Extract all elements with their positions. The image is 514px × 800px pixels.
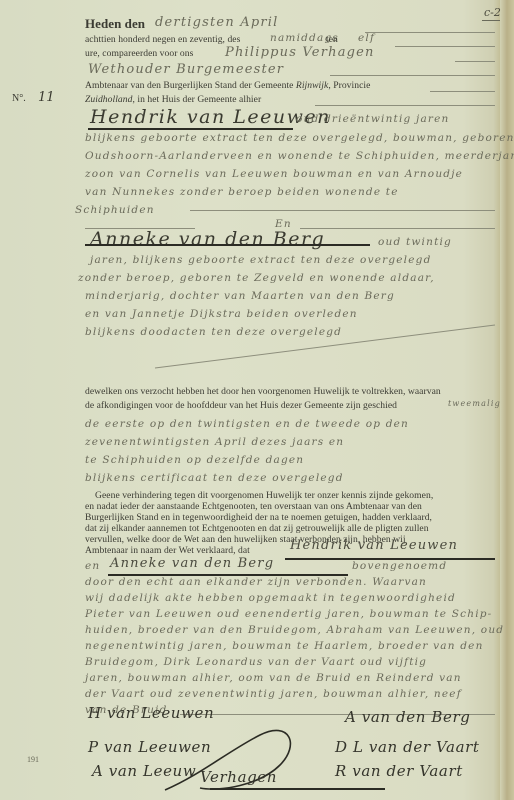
publication-line: zevenentwintigsten April dezes jaars en [85, 436, 344, 448]
publication-line: de eerste op den twintigsten en de tweed… [85, 418, 409, 430]
fill-rule [300, 228, 495, 229]
declaration-hand-line: door den echt aan elkander zijn verbonde… [85, 576, 427, 588]
publication-line: te Schiphuiden op dezelfde dagen [85, 454, 304, 466]
official-title: Wethouder Burgemeester [88, 62, 284, 77]
publication-line: blijkens certificaat ten deze overgelegd [85, 472, 344, 484]
signature-right: A van den Berg [345, 708, 470, 726]
request-line2: de afkondigingen voor de hoofddeur van h… [85, 400, 397, 412]
groom-line: van Nunnekes zonder beroep beiden wonend… [85, 186, 399, 198]
signature-right: R van der Vaart [335, 762, 463, 780]
preamble-line6: Zuidholland, in het Huis der Gemeente al… [85, 94, 261, 106]
act-number-label: N°. [12, 93, 26, 104]
fill-rule [395, 46, 495, 47]
municipality-label: Ambtenaar van den Burgerlijken Stand der… [85, 80, 293, 91]
declaration-en: en [85, 560, 100, 572]
preamble-line3: ure, compareerden voor ons [85, 48, 193, 60]
province: Zuidholland [85, 94, 132, 105]
declaration-hand-line: huiden, broeder van den Bruidegom, Abrah… [85, 624, 504, 636]
declaration-hand-line: jaren, bouwman alhier, oom van de Bruid … [85, 672, 462, 684]
fill-rule [455, 61, 495, 62]
groom-line: zoon van Cornelis van Leeuwen bouwman en… [85, 168, 463, 180]
fill-rule [365, 32, 495, 33]
bride-name: Anneke van den Berg [90, 228, 325, 250]
town-hall-text: , in het Huis der Gemeente alhier [132, 94, 261, 105]
groom-name: Hendrik van Leeuwen [90, 106, 331, 128]
bride-line: zonder beroep, geboren te Zegveld en won… [78, 272, 435, 284]
official-signature: Verhagen [200, 768, 277, 786]
request-hand-tail: tweemalig [448, 399, 501, 408]
groom-name-underline [88, 128, 293, 130]
preamble-line1: Heden den [85, 18, 145, 32]
act-number: 11 [38, 90, 55, 105]
province-label: , Provincie [328, 80, 370, 91]
fill-rule [315, 105, 495, 106]
fill-rule [190, 210, 495, 211]
groom-line: blijkens geboorte extract ten deze overg… [85, 132, 514, 144]
date-day-month: dertigsten April [155, 15, 278, 30]
declaration-hand-line: negenentwintig jaren, bouwman te Haarlem… [85, 640, 484, 652]
declaration-hand-tail: bovengenoemd [352, 560, 447, 572]
declaration-hand-line: Pieter van Leeuwen oud eenendertig jaren… [85, 608, 492, 620]
bride-name-underline [85, 244, 370, 246]
preamble-line2: achttien honderd negen en zeventig, des [85, 34, 240, 46]
declaration-bride-name: Anneke van den Berg [110, 556, 274, 571]
bride-line: en van Jannetje Dijkstra beiden overlede… [85, 308, 358, 320]
closing-flourish-line [150, 320, 500, 370]
fill-rule [430, 91, 495, 92]
request-line1: dewelken ons verzocht hebben het door he… [85, 386, 441, 398]
corner-mark: c-2 [484, 6, 501, 19]
official-signature-underline [210, 788, 385, 790]
preamble-line5: Ambtenaar van den Burgerlijken Stand der… [85, 80, 370, 92]
folio-number: 191 [27, 755, 39, 764]
year-text: achttien honderd negen en zeventig, des [85, 34, 240, 45]
declaration-hand-line: Bruidegom, Dirk Leonardus van der Vaart … [85, 656, 427, 668]
declaration-hand-line: der Vaart oud zevenentwintig jaren, bouw… [85, 688, 462, 700]
bride-line: minderjarig, dochter van Maarten van den… [85, 290, 395, 302]
page-binding-edge [500, 0, 514, 800]
bride-line: jaren, blijkens geboorte extract ten dez… [90, 254, 432, 266]
corner-mark-underline [482, 20, 500, 21]
declaration-groom-name: Hendrik van Leeuwen [290, 538, 458, 553]
groom-line: Schiphuiden [75, 204, 155, 216]
fill-rule [330, 75, 495, 76]
declaration-hand-line: wij dadelijk akte hebben opgemaakt in te… [85, 592, 456, 604]
official-name: Philippus Verhagen [225, 45, 375, 60]
groom-line: oud drieëntwintig jaren [296, 113, 450, 125]
hour: elf [358, 32, 375, 44]
groom-line: Oudshoorn-Aarlanderveen en wonende te Sc… [85, 150, 514, 162]
municipality: Rijnwijk [296, 80, 328, 91]
preamble-line1-print: Heden den [85, 16, 145, 31]
signature-right: D L van der Vaart [335, 738, 480, 756]
bride-line: oud twintig [378, 236, 452, 248]
